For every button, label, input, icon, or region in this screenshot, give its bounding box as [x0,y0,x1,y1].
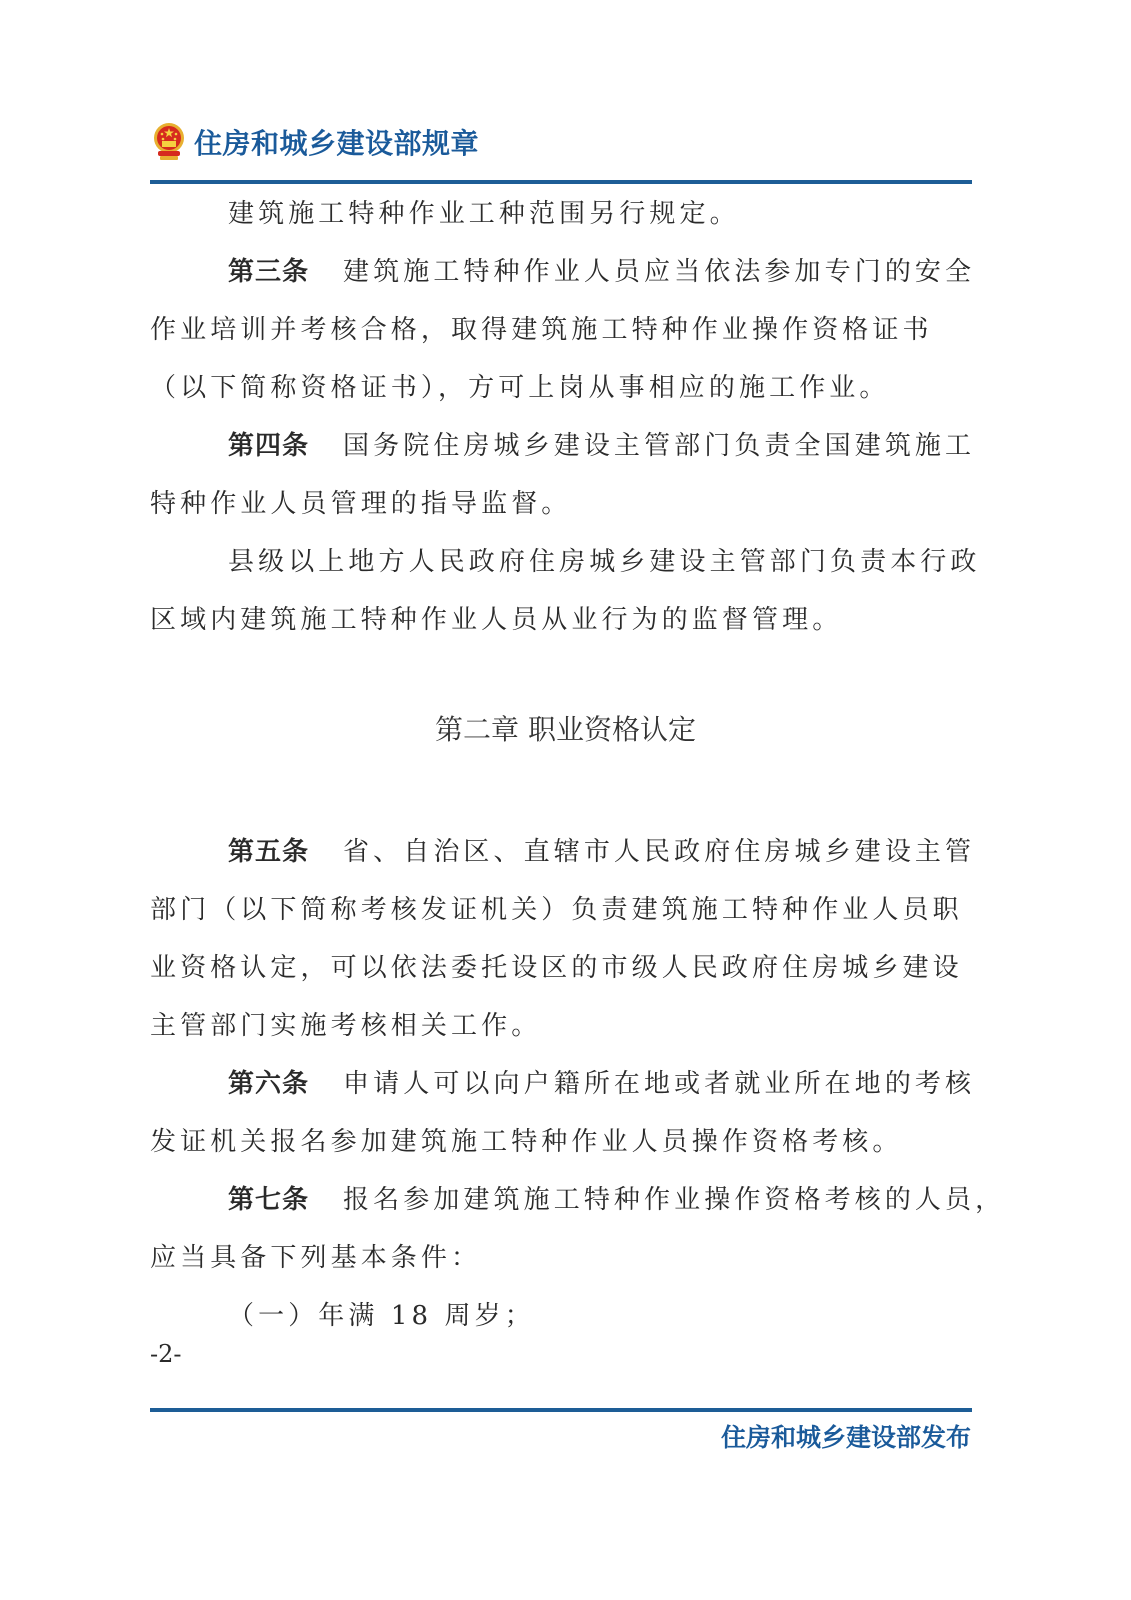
paragraph-line: 应当具备下列基本条件： [150,1229,972,1287]
line-text: 发证机关报名参加建筑施工特种作业人员操作资格考核。 [150,1127,903,1157]
line-text: 特种作业人员管理的指导监督。 [150,489,571,519]
line-text: 省、自治区、直辖市人民政府住房城乡建设主管 [343,837,975,867]
header-divider [150,180,972,184]
footer-publisher: 住房和城乡建设部发布 [721,1408,971,1468]
paragraph-line: 发证机关报名参加建筑施工特种作业人员操作资格考核。 [150,1113,972,1171]
article-number: 第七条 [228,1185,309,1215]
paragraph-line: （一）年满 18 周岁； [228,1287,972,1345]
paragraph-line: 特种作业人员管理的指导监督。 [150,475,972,533]
line-text: 建筑施工特种作业工种范围另行规定。 [228,199,740,229]
paragraph-line: 县级以上地方人民政府住房城乡建设主管部门负责本行政 [228,533,972,591]
line-text: 应当具备下列基本条件： [150,1243,481,1273]
article-number: 第六条 [228,1069,309,1099]
line-text: 区域内建筑施工特种作业人员从业行为的监督管理。 [150,605,842,635]
paragraph-line: 业资格认定，可以依法委托设区的市级人民政府住房城乡建设 [150,939,972,997]
document-header: 住房和城乡建设部规章 [150,118,479,166]
line-text: 县级以上地方人民政府住房城乡建设主管部门负责本行政 [228,547,981,577]
paragraph-line: 建筑施工特种作业工种范围另行规定。 [228,185,972,243]
article-number: 第五条 [228,837,309,867]
article-line: 第五条省、自治区、直辖市人民政府住房城乡建设主管 [228,823,972,881]
paragraph-line: 主管部门实施考核相关工作。 [150,997,972,1055]
article-line: 第四条国务院住房城乡建设主管部门负责全国建筑施工 [228,417,972,475]
line-text: 主管部门实施考核相关工作。 [150,1011,541,1041]
page-number: -2- [150,1340,182,1368]
line-text: 报名参加建筑施工特种作业操作资格考核的人员， [343,1185,1005,1215]
line-text: 申请人可以向户籍所在地或者就业所在地的考核 [343,1069,975,1099]
article-line: 第七条报名参加建筑施工特种作业操作资格考核的人员， [228,1171,972,1229]
article-number: 第三条 [228,257,309,287]
chapter-heading: 第二章 职业资格认定 [0,708,1131,748]
line-text: 部门（以下简称考核发证机关）负责建筑施工特种作业人员职 [150,895,963,925]
article-line: 第六条申请人可以向户籍所在地或者就业所在地的考核 [228,1055,972,1113]
paragraph-line: 区域内建筑施工特种作业人员从业行为的监督管理。 [150,591,972,649]
paragraph-line: 部门（以下简称考核发证机关）负责建筑施工特种作业人员职 [150,881,972,939]
paragraph-line: 作业培训并考核合格，取得建筑施工特种作业操作资格证书 [150,301,972,359]
article-line: 第三条建筑施工特种作业人员应当依法参加专门的安全 [228,243,972,301]
header-title: 住房和城乡建设部规章 [194,122,479,162]
line-text: 作业培训并考核合格，取得建筑施工特种作业操作资格证书 [150,315,933,345]
article-number: 第四条 [228,431,309,461]
line-text: （以下简称资格证书），方可上岗从事相应的施工作业。 [150,373,890,403]
national-emblem-icon [150,121,188,163]
paragraph-line: （以下简称资格证书），方可上岗从事相应的施工作业。 [150,359,972,417]
line-text: 业资格认定，可以依法委托设区的市级人民政府住房城乡建设 [150,953,963,983]
line-text: 建筑施工特种作业人员应当依法参加专门的安全 [343,257,975,287]
line-text: 国务院住房城乡建设主管部门负责全国建筑施工 [343,431,975,461]
line-text: （一）年满 18 周岁； [228,1301,535,1331]
